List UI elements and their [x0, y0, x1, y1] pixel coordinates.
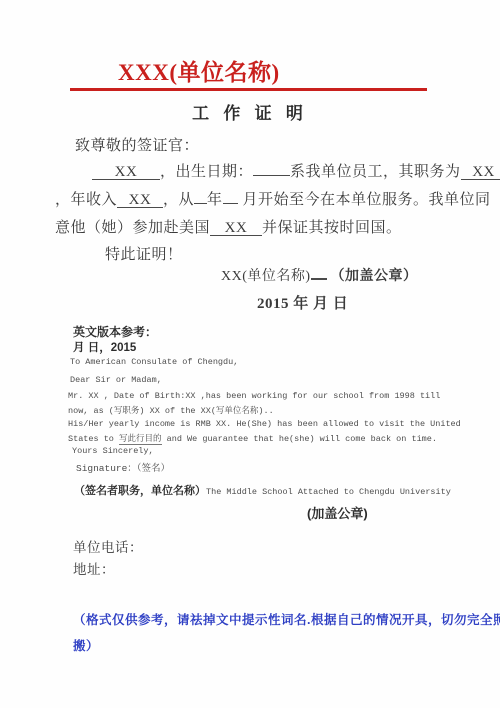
- footnote-line-2: 搬）: [73, 636, 99, 654]
- address-label: 地址：: [73, 558, 115, 578]
- seal-instruction-en-section: (加盖公章): [307, 503, 368, 522]
- text-trip-purpose-placeholder: 写此行目的: [119, 434, 162, 445]
- company-signature-line: XX(单位名称) （加盖公章）: [221, 265, 418, 285]
- text-company-sign: XX(单位名称): [221, 269, 311, 284]
- blank-visit-purpose: XX: [210, 220, 262, 236]
- blank-position: XX: [461, 164, 500, 180]
- blank-income: XX: [117, 192, 163, 208]
- company-name-heading: XXX(单位名称): [118, 60, 427, 86]
- english-closing: Yours Sincerely,: [72, 446, 154, 456]
- signer-title-line: （签名者职务，单位名称）The Middle School Attached t…: [74, 481, 451, 499]
- text-seal-instruction-cn: （加盖公章）: [331, 269, 418, 284]
- text-from-label: ，从: [163, 192, 194, 208]
- blank-company-seal-space: [311, 265, 327, 280]
- text-birth-date-label: ，出生日期：: [160, 164, 253, 180]
- text-year-label: 年: [207, 192, 223, 208]
- text-employee-of-unit: 系我单位员工，其职务为: [290, 164, 461, 180]
- english-body-line-3: His/Her yearly income is RMB XX. He(She)…: [68, 419, 461, 429]
- attestation-line: 特此证明！: [105, 243, 183, 264]
- blank-month: [223, 188, 238, 204]
- english-section-heading: 英文版本参考：: [73, 323, 157, 340]
- letterhead: XXX(单位名称): [70, 60, 427, 91]
- text-signer-school-en: The Middle School Attached to Chengdu Un…: [206, 487, 451, 497]
- salutation-cn: 致尊敬的签证官：: [75, 134, 199, 155]
- paragraph-line-1: XX，出生日期：系我单位员工，其职务为XX: [92, 160, 500, 181]
- text-states-to: States to: [68, 434, 119, 444]
- english-body-line-2: now, as (写职务) XX of the XX(写单位名称)..: [68, 404, 274, 416]
- blank-employee-name: XX: [92, 164, 160, 180]
- blank-year: [194, 188, 207, 204]
- date-line-cn: 2015 年 月 日: [257, 292, 348, 313]
- text-guarantee-return: 并保证其按时回国。: [262, 220, 402, 236]
- paragraph-line-3: 意他（她）参加赴美国XX并保证其按时回国。: [55, 216, 402, 237]
- phone-label: 单位电话：: [73, 536, 143, 556]
- text-signer-cn-label: （签名者职务，单位名称）: [74, 485, 206, 497]
- text-service-since: 月开始至今在本单位服务。我单位同: [243, 192, 491, 208]
- paragraph-line-2: ，年收入XX，从年月开始至今在本单位服务。我单位同: [55, 188, 491, 209]
- document-title: 工 作 证 明: [0, 99, 500, 124]
- signature-label-line: Signature：（签名）: [76, 460, 170, 474]
- text-agree-visit-us: 意他（她）参加赴美国: [55, 220, 210, 236]
- english-body-line-1: Mr. XX , Date of Birth:XX ,has been work…: [68, 391, 440, 401]
- english-body-line-4: States to 写此行目的 and We guarantee that he…: [68, 432, 437, 444]
- english-to-line: To American Consulate of Chengdu,: [70, 357, 238, 367]
- english-date-line: 月 日，2015: [73, 339, 136, 355]
- text-annual-income-label: ，年收入: [55, 192, 117, 208]
- text-guarantee-en: and We guarantee that he(she) will come …: [162, 434, 437, 444]
- blank-birth-date: [253, 160, 290, 176]
- footnote-line-1: （格式仅供参考，请祛掉文中提示性词名.根据自己的情况开具，切勿完全照: [73, 610, 500, 628]
- work-certificate-page: XXX(单位名称) 工 作 证 明 致尊敬的签证官： XX，出生日期：系我单位员…: [0, 0, 500, 708]
- english-salutation: Dear Sir or Madam,: [70, 375, 162, 385]
